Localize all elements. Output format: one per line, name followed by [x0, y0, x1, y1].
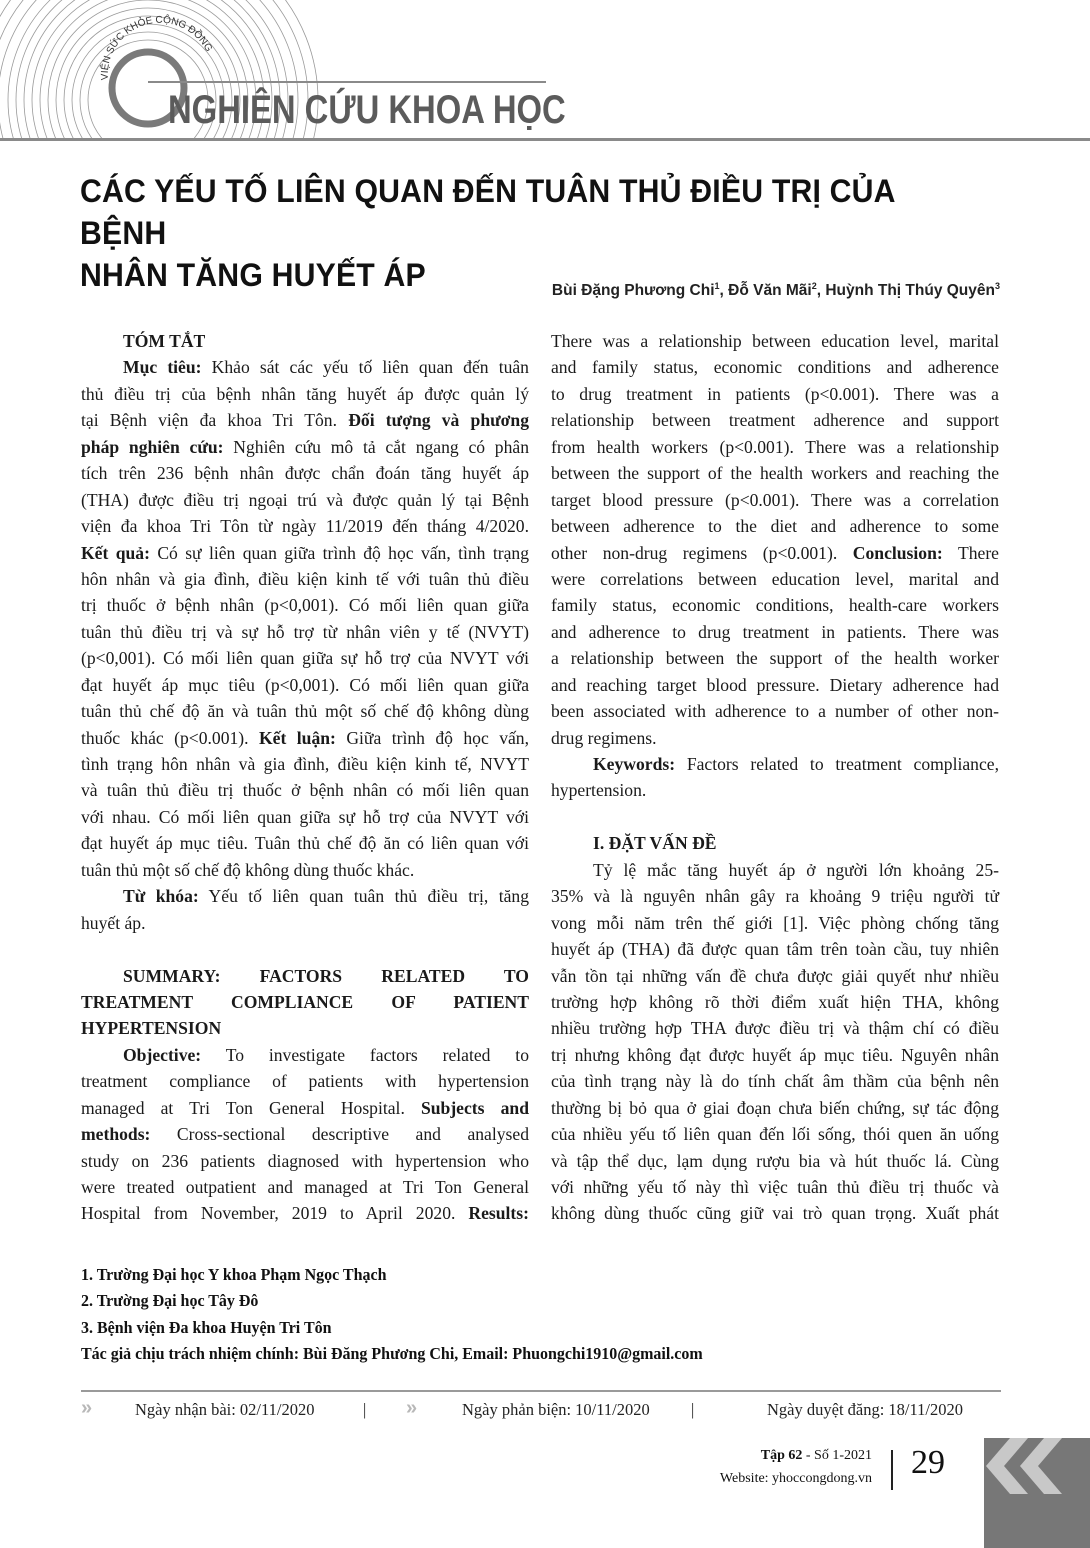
text-line: tình trạng hôn nhân và gia đình, điều ki… — [81, 751, 529, 777]
affiliation: 2. Trường Đại học Tây Đô — [81, 1288, 703, 1314]
text-line: drug regimens. — [551, 725, 999, 751]
text-line: hypertension. — [551, 777, 999, 803]
text-line: and reaching target blood pressure. Diet… — [551, 672, 999, 698]
date-accepted: Ngày duyệt đăng: 18/11/2020 — [767, 1400, 963, 1420]
footer-rule — [81, 1390, 1001, 1392]
abstract-heading: TÓM TẮT — [81, 328, 529, 354]
text-line: trường hợp không rõ thời điểm xuất hiện … — [551, 989, 999, 1015]
text-line: (p<0,001). Có mối liên quan giữa sự hỗ t… — [81, 645, 529, 671]
text-line: tích trên 236 bệnh nhân được chẩn đoán t… — [81, 460, 529, 486]
text-line: Kết quả: Có sự liên quan giữa trình độ h… — [81, 540, 529, 566]
text-line: vẫn tồn tại những vấn đề chưa được giải … — [551, 963, 999, 989]
text-line: hôn nhân và gia đình, điều kiện kinh tế … — [81, 566, 529, 592]
text-line: thường bị bỏ qua ở giai đoạn chưa biến c… — [551, 1095, 999, 1121]
chevron-right-icon: » — [406, 1397, 414, 1420]
text-line: và tập thể dục, lạm dụng rượu bia và hút… — [551, 1148, 999, 1174]
text-line: huyết áp. — [81, 910, 529, 936]
text-line: pháp nghiên cứu: Nghiên cứu mô tả cắt ng… — [81, 434, 529, 460]
separator: | — [363, 1400, 366, 1420]
issue-number: - Số 1-2021 — [802, 1448, 872, 1463]
issue-info: Tập 62 - Số 1-2021 Website: yhoccongdong… — [720, 1444, 872, 1490]
text-line: với nhau. Có mối liên quan giữa sự hỗ tr… — [81, 804, 529, 830]
affiliations: 1. Trường Đại học Y khoa Phạm Ngọc Thạch… — [81, 1262, 703, 1367]
text-line: huyết áp (THA) đã được quan tâm trên toà… — [551, 936, 999, 962]
summary-heading: SUMMARY: FACTORS RELATED TO TREATMENT CO… — [81, 963, 529, 1042]
abstract-en: Objective: To investigate factors relate… — [81, 1042, 529, 1227]
affiliation: 3. Bệnh viện Đa khoa Huyện Tri Tôn — [81, 1315, 703, 1341]
text-line: đạt huyết áp mục tiêu. Tuân thủ chế độ ă… — [81, 830, 529, 856]
text-line: were treated outpatient and managed at T… — [81, 1174, 529, 1200]
volume: Tập 62 — [761, 1448, 803, 1463]
text-line: trị thuốc ở bệnh nhân (p<0,001). Có mối … — [81, 592, 529, 618]
separator: | — [691, 1400, 694, 1420]
text-line: been associated with adherence to a numb… — [551, 698, 999, 724]
article-title: CÁC YẾU TỐ LIÊN QUAN ĐẾN TUÂN THỦ ĐIỀU T… — [80, 170, 954, 296]
text-line: relationship between treatment adherence… — [551, 407, 999, 433]
text-line: There was a relationship between educati… — [551, 328, 999, 354]
text-line: managed at Tri Ton General Hospital. Sub… — [81, 1095, 529, 1121]
text-line: were correlations between education leve… — [551, 566, 999, 592]
text-line: to drug treatment in patients (p<0.001).… — [551, 381, 999, 407]
divider — [891, 1450, 893, 1490]
author-name: Huỳnh Thị Thúy Quyên — [825, 282, 995, 299]
text-line: target blood pressure (p<0.001). There w… — [551, 487, 999, 513]
text-line: treatment compliance of patients with hy… — [81, 1068, 529, 1094]
corner-tab — [984, 1438, 1090, 1548]
text-line: Hospital from November, 2019 to April 20… — [81, 1200, 529, 1226]
author-name: Bùi Đặng Phương Chi — [552, 282, 715, 299]
website: Website: yhoccongdong.vn — [720, 1467, 872, 1490]
title-line: CÁC YẾU TỐ LIÊN QUAN ĐẾN TUÂN THỦ ĐIỀU T… — [80, 170, 954, 254]
text-line: tuân thủ điều trị và sự hỗ trợ từ nhân v… — [81, 619, 529, 645]
text-line: tại Bệnh viện đa khoa Tri Tôn. Đối tượng… — [81, 407, 529, 433]
header-rule-top — [148, 81, 546, 83]
double-chevron-left-icon — [984, 1438, 1090, 1498]
text-line: nhiều trường hợp THA được điều trị và th… — [551, 1015, 999, 1041]
text-line: Keywords: Factors related to treatment c… — [551, 751, 999, 777]
text-line: thuốc khác (p<0.001). Kết luận: Giữa trì… — [81, 725, 529, 751]
text-line: tuân thủ một số chế độ không dùng thuốc … — [81, 857, 529, 883]
text-line: Tỷ lệ mắc tăng huyết áp ở người lớn khoả… — [551, 857, 999, 883]
text-line: với những yếu tố này thì việc tuân thủ đ… — [551, 1174, 999, 1200]
text-line: thủ điều trị của bệnh nhân tăng huyết áp… — [81, 381, 529, 407]
abstract-en-continued: There was a relationship between educati… — [551, 328, 999, 804]
text-line: của tình trạng này là do tính chất âm th… — [551, 1068, 999, 1094]
introduction-text: Tỷ lệ mắc tăng huyết áp ở người lớn khoả… — [551, 857, 999, 1227]
text-line: (THA) được điều trị ngoại trú và được qu… — [81, 487, 529, 513]
text-line: between the support of the health worker… — [551, 460, 999, 486]
text-line: family status, economic conditions, heal… — [551, 592, 999, 618]
text-line: other non-drug regimens (p<0.001). Concl… — [551, 540, 999, 566]
text-line: và tuân thủ điều trị thuốc ở bệnh nhân c… — [81, 777, 529, 803]
text-line: tuân thủ chế độ ăn và tuân thủ một số ch… — [81, 698, 529, 724]
author-list: Bùi Đặng Phương Chi1, Đỗ Văn Mãi2, Huỳnh… — [552, 281, 1000, 300]
text-line: between adherence to the diet and adhere… — [551, 513, 999, 539]
text-line: Objective: To investigate factors relate… — [81, 1042, 529, 1068]
author-name: Đỗ Văn Mãi — [728, 282, 812, 299]
text-line: a relationship between the support of th… — [551, 645, 999, 671]
text-line: Mục tiêu: Khảo sát các yếu tố liên quan … — [81, 354, 529, 380]
text-line: của nhiều yếu tố liên quan đến lối sống,… — [551, 1121, 999, 1147]
date-reviewed: Ngày phản biện: 10/11/2020 — [462, 1400, 650, 1420]
chevron-right-icon: » — [81, 1397, 89, 1420]
left-column: TÓM TẮT Mục tiêu: Khảo sát các yếu tố li… — [81, 328, 529, 1227]
corresponding-author: Tác giả chịu trách nhiệm chính: Bùi Đăng… — [81, 1341, 703, 1367]
text-line: vong mỗi năm trên thế giới [1]. Việc phò… — [551, 910, 999, 936]
header-rule — [0, 138, 1090, 141]
section-heading: I. ĐẶT VẤN ĐỀ — [551, 830, 999, 856]
text-line: 35% và là nguyên nhân gây ra khoảng 9 tr… — [551, 883, 999, 909]
affiliation: 1. Trường Đại học Y khoa Phạm Ngọc Thạch — [81, 1262, 703, 1288]
text-line: from health workers (p<0.001). There was… — [551, 434, 999, 460]
text-line: methods: Cross-sectional descriptive and… — [81, 1121, 529, 1147]
date-received: Ngày nhận bài: 02/11/2020 — [135, 1400, 315, 1420]
text-line: đạt huyết áp mục tiêu (p<0,001). Có mối … — [81, 672, 529, 698]
page-number: 29 — [911, 1444, 945, 1482]
abstract-vi: Mục tiêu: Khảo sát các yếu tố liên quan … — [81, 354, 529, 936]
section-label: NGHIÊN CỨU KHOA HỌC — [168, 88, 566, 132]
text-line: viện đa khoa Tri Tôn từ ngày 11/2019 đến… — [81, 513, 529, 539]
text-line: Từ khóa: Yếu tố liên quan tuân thủ điều … — [81, 883, 529, 909]
text-line: study on 236 patients diagnosed with hyp… — [81, 1148, 529, 1174]
text-line: and family status, economic conditions a… — [551, 354, 999, 380]
text-line: không dùng thuốc cũng giữ vai trò quan t… — [551, 1200, 999, 1226]
text-line: trị nhưng không đạt được huyết áp mục ti… — [551, 1042, 999, 1068]
text-line: and adherence to drug treatment in patie… — [551, 619, 999, 645]
right-column: There was a relationship between educati… — [551, 328, 999, 1227]
